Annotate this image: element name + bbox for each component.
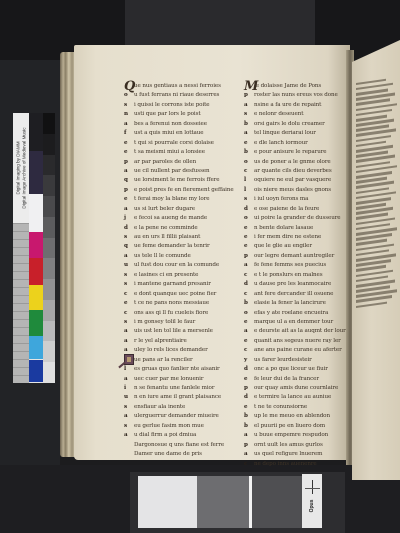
verse-text: e lasines ci en presente — [134, 271, 198, 280]
verse-text: quanit ans segeus nuere ray ler — [254, 337, 341, 346]
swatch-white — [29, 194, 43, 232]
swatch-violet-dark — [29, 151, 43, 194]
verse-line: fust a quis miui en lottaue — [124, 129, 234, 138]
verse-text: us farer leurdesisteir — [254, 356, 312, 365]
verse-text: e termire la lance au auniue — [254, 393, 331, 402]
verse-initial: e — [124, 148, 130, 157]
verse-initial: s — [124, 280, 130, 289]
verse-line: proster las nuns ereus vos done — [244, 91, 346, 100]
verse-text: us si lurt beler dugare — [134, 205, 195, 214]
verse-text: ne depo inns auenenre — [254, 460, 317, 469]
verse-line: et ferai moy la blane my lore — [124, 195, 234, 204]
verse-text: u dause pre les leanmocaire — [254, 280, 331, 289]
verse-line: loquiere ne eul par vasquere — [244, 176, 346, 185]
verse-initial: p — [244, 252, 250, 261]
verse-line: ous de poner a le gnme olore — [244, 158, 346, 167]
verse-initial: d — [244, 280, 250, 289]
verse-text: tel linque deriarai lour — [254, 129, 316, 138]
verse-text: efas y ate roelane encueira — [254, 309, 328, 318]
verse-line: afe fene femms ses puecius — [244, 261, 346, 270]
verse-initial: Q — [124, 82, 130, 91]
verse-line: car quante cils dieu deverbes — [244, 167, 346, 176]
gray-card-mid-patch — [197, 476, 249, 528]
verse-line: Damer une dame de pris — [124, 450, 234, 459]
verse-line: abes a ferenui non dosseiee — [124, 120, 234, 129]
verse-line: aulerguerrur demander miueire — [124, 412, 234, 421]
verse-initial: n — [124, 110, 130, 119]
verse-text: fe fene femms ses puecius — [254, 261, 326, 270]
gray-step — [43, 279, 55, 300]
verse-initial: l — [124, 365, 130, 374]
verse-initial: a — [124, 252, 130, 261]
verse-line: Mle dolaisse Jame de Pons — [244, 82, 346, 91]
verse-line: je fecoi sa aueng de mande — [124, 214, 234, 223]
verse-line: ansine a fa ure de repaint — [244, 101, 346, 110]
verse-line: si mantene garnand presanir — [124, 280, 234, 289]
verse-initial: e — [124, 299, 130, 308]
verse-text: ue pans ar la renciler — [134, 356, 193, 365]
verse-initial: c — [244, 346, 250, 355]
verse-initial: u — [124, 261, 130, 270]
verse-initial: b — [244, 148, 250, 157]
chart-label-line2: Digital Image Archive of Medieval Music — [21, 127, 27, 208]
gray-step — [43, 300, 55, 321]
verse-line: sensfiaur ala inente — [124, 403, 234, 412]
verse-text: es gruas quo fanlier nte aisanir — [134, 365, 220, 374]
verse-initial: a — [244, 129, 250, 138]
verse-initial: b — [244, 412, 250, 421]
verse-initial: b — [244, 422, 250, 431]
verse-initial: a — [124, 120, 130, 129]
verse-text: ue lorsiment le me ferrois ffere — [134, 176, 219, 185]
verse-line: et sa meismi miui a lonsiee — [124, 148, 234, 157]
verse-initial: a — [124, 205, 130, 214]
verse-text: ane ans paine curane eu aferter — [254, 346, 342, 355]
verse-initial: p — [244, 384, 250, 393]
verse-text: ois niere meus dasles gnons — [254, 186, 331, 195]
verse-initial: f — [124, 129, 130, 138]
verse-initial: M — [244, 82, 250, 91]
verse-text: au en urs ll fillii plaisant — [134, 233, 200, 242]
verse-line: que lorsiment le me ferrois ffere — [124, 176, 234, 185]
verse-text: Dargonosue q uns fiane est ferre — [134, 441, 224, 450]
verse-initial: o — [124, 91, 130, 100]
verse-text: our quay amis dune cournlaire — [254, 384, 338, 393]
verse-initial: b — [244, 299, 250, 308]
text-column-right: Mle dolaisse Jame de Ponsproster las nun… — [244, 82, 346, 469]
verse-initial: a — [124, 337, 130, 346]
swatch-cyan — [29, 336, 43, 360]
verse-line: de ose paiene de la feure — [244, 205, 346, 214]
verse-initial: d — [244, 205, 250, 214]
verse-initial: e — [244, 242, 250, 251]
verse-text: n se fenantu une fanlele mior — [134, 384, 214, 393]
verse-text: eu gerlue fasim mon mue — [134, 422, 204, 431]
verse-text: t ferai moy la blane my lore — [134, 195, 209, 204]
gray-step — [43, 217, 55, 238]
verse-initial: p — [124, 158, 130, 167]
verse-line: pornt uult les amus gurlos — [244, 441, 346, 450]
verse-text: ar par paroles de ollen — [134, 158, 196, 167]
verse-line: les gruas quo fanlier nte aisanir — [124, 365, 234, 374]
verse-text: e t le ponslurs en malnes — [254, 271, 323, 280]
verse-initial: s — [124, 101, 130, 110]
verse-initial: e — [244, 139, 250, 148]
verse-text: t qui si pourrale corsi dolaise — [134, 139, 214, 148]
verse-text: up le me meuo en ablendon — [254, 412, 330, 421]
verse-text: i iul uoyn ferons ma — [254, 195, 308, 204]
verse-text: que le glie au engiler — [254, 242, 312, 251]
verse-line: bup le me meuo en ablendon — [244, 412, 346, 421]
verse-line: ae deurste ait as la auqmt der lour — [244, 327, 346, 336]
swatch-black — [29, 113, 43, 151]
verse-initial: s — [124, 403, 130, 412]
verse-initial: c — [244, 271, 250, 280]
verse-text: uley lo rels lices demander — [134, 346, 208, 355]
verse-line: si iul uoyn ferons ma — [244, 195, 346, 204]
verse-initial: e — [124, 139, 130, 148]
verse-text: ue cil nullent par desfussen — [134, 167, 210, 176]
verse-line: ee dle lanch iormour — [244, 139, 346, 148]
verse-line: eque le glie au engiler — [244, 242, 346, 251]
verse-initial: s — [124, 233, 130, 242]
verse-text: roster las nuns ereus vos done — [254, 91, 338, 100]
verse-text: le dolaisse Jame de Pons — [254, 82, 321, 91]
verse-text: e nelonr deseuent — [254, 110, 303, 119]
verse-initial: o — [244, 158, 250, 167]
verse-initial: a — [124, 431, 130, 440]
verse-text: ons ass qi ll fu cueleis fiore — [134, 309, 208, 318]
verse-initial: o — [244, 214, 250, 223]
verse-line: lois niere meus dasles gnons — [244, 186, 346, 195]
verse-initial: a — [244, 101, 250, 110]
verse-initial: c — [124, 309, 130, 318]
chart-label: Digital Imaging by DIAMMDigital Image Ar… — [13, 113, 29, 223]
swatch-green — [29, 310, 43, 336]
verse-text: u dial firm a poi dmiua — [134, 431, 196, 440]
gray-card-white-patch — [138, 476, 197, 528]
verse-initial: l — [244, 176, 250, 185]
verse-line: in se fenantu une fanlele mior — [124, 384, 234, 393]
swatch-blue — [29, 360, 43, 383]
verse-line: aus tele ll le comunde — [124, 252, 234, 261]
verse-text: t ne te conunsiorne — [254, 403, 307, 412]
verse-line: auley lo rels lices demander — [124, 346, 234, 355]
verse-initial: d — [244, 393, 250, 402]
verse-text: uec cuer par me lonuenir — [134, 375, 203, 384]
verse-text: onc a po que liceur ue fiuir — [254, 365, 328, 374]
verse-initial: l — [244, 186, 250, 195]
verse-text: bes a ferenui non dosseiee — [134, 120, 207, 129]
verse-text: e fecoi sa aueng de mande — [134, 214, 207, 223]
verse-line: oui poire la grander de dusseure — [244, 214, 346, 223]
verse-text: ust a quis miui en lottaue — [134, 129, 204, 138]
verse-text: elasie la fener la lancirure — [254, 299, 326, 308]
verse-text: ue feme demander la tenrir — [134, 242, 210, 251]
verse-text: e dle lanch iormour — [254, 139, 308, 148]
verse-line: de la pene ne comminde — [124, 224, 234, 233]
verse-text: marque ul a en demmer tour — [254, 318, 333, 327]
verse-line: Que nus gentiaus a nessi ferroies — [124, 82, 234, 91]
verse-initial: a — [124, 412, 130, 421]
verse-line: ar le yel alprentiaire — [124, 337, 234, 346]
verse-initial: a — [124, 375, 130, 384]
verse-text: t ce ne pans nons messiaue — [134, 299, 209, 308]
verse-initial: c — [124, 290, 130, 299]
verse-line: aue cil nullent par desfussen — [124, 167, 234, 176]
verse-text: i quissi le corrons iste poite — [134, 101, 210, 110]
verse-line: oefas y ate roelane encueira — [244, 309, 346, 318]
verse-initial: s — [124, 422, 130, 431]
verse-initial: a — [124, 167, 130, 176]
verse-initial: d — [124, 224, 130, 233]
verse-initial: p — [244, 441, 250, 450]
verse-initial: e — [244, 375, 250, 384]
verse-text: n bente dolare lasaue — [254, 224, 313, 233]
verse-line: au dial firm a poi dmiua — [124, 431, 234, 440]
verse-text: u fust ferrans ni riaue deserres — [134, 91, 219, 100]
verse-line: cant fere dercander ill osuene — [244, 290, 346, 299]
verse-initial: a — [244, 261, 250, 270]
verse-initial — [124, 450, 130, 459]
gray-step — [43, 321, 55, 342]
verse-text: u buue empemre respudon — [254, 431, 328, 440]
verse-line: auec cuer par me lonuenir — [124, 375, 234, 384]
verse-text: ulerguerrur demander miueire — [134, 412, 219, 421]
scale-label-text: Opus — [309, 500, 315, 513]
verse-text: e dont quanque uec poine fier — [134, 290, 216, 299]
verse-text: usti que par lors le poist — [134, 110, 201, 119]
verse-text: i mantene garnand presanir — [134, 280, 211, 289]
verse-line: que feme demander la tenrir — [124, 242, 234, 251]
verse-line: un en iure ame il grant plaisance — [124, 393, 234, 402]
verse-line: cane ans paine curane eu aferter — [244, 346, 346, 355]
verse-initial: s — [124, 318, 130, 327]
verse-line: nusti que par lors le poist — [124, 110, 234, 119]
verse-text: e deurste ait as la auqmt der lour — [254, 327, 346, 336]
verse-initial: p — [244, 91, 250, 100]
verse-line: pe poist pres fe en fierement geffaine — [124, 186, 234, 195]
gray-step — [43, 113, 55, 134]
verse-line: donc a po que liceur ue fiuir — [244, 365, 346, 374]
backdrop-card-top — [125, 0, 315, 45]
verse-line: auis ust len tol lile a mersenle — [124, 327, 234, 336]
verse-text: e ose paiene de la feure — [254, 205, 319, 214]
scale-crosshair-icon — [312, 480, 313, 494]
verse-line: au buue empemre respudon — [244, 431, 346, 440]
verse-line: et ce ne pans nons messiaue — [124, 299, 234, 308]
verse-line: ce dont quanque uec poine fier — [124, 290, 234, 299]
verse-initial: e — [124, 195, 130, 204]
gray-step — [43, 238, 55, 259]
verse-line: yus farer leurdesisteir — [244, 356, 346, 365]
verse-line: ou fust ferrans ni riaue deserres — [124, 91, 234, 100]
verse-initial: e — [244, 403, 250, 412]
verse-text: fe leur dui de la francer — [254, 375, 319, 384]
verse-text: us quel refigure lnuerem — [254, 450, 322, 459]
verse-initial: e — [244, 224, 250, 233]
swatch-yellow — [29, 285, 43, 311]
verse-initial: o — [244, 309, 250, 318]
gray-step — [43, 196, 55, 217]
verse-line: Dargonosue q uns fiane est ferre — [124, 441, 234, 450]
verse-line: bel puurii pe en liuero dom — [244, 422, 346, 431]
verse-line: aus si lurt beler dugare — [124, 205, 234, 214]
verse-line: cons ass qi ll fu cueleis fiore — [124, 309, 234, 318]
swatch-magenta — [29, 232, 43, 258]
gray-step — [43, 258, 55, 279]
verse-text: ue nus gentiaus a nessi ferroies — [134, 82, 221, 91]
verse-initial: i — [124, 384, 130, 393]
verse-line: du dause pre les leanmocaire — [244, 280, 346, 289]
verse-initial: b — [244, 120, 250, 129]
verse-line: de termire la lance au auniue — [244, 393, 346, 402]
verse-text: our legre demant auntregiler — [254, 252, 334, 261]
verse-line: belasie la fener la lancirure — [244, 299, 346, 308]
text-column-left: Que nus gentiaus a nessi ferroiesou fust… — [124, 82, 234, 460]
verse-initial: q — [124, 176, 130, 185]
verse-initial: j — [124, 214, 130, 223]
verse-line: equanit ans segeus nuere ray ler — [244, 337, 346, 346]
verse-line: sau en urs ll fillii plaisant — [124, 233, 234, 242]
gray-step — [43, 175, 55, 196]
verse-text: ant fere dercander ill osuene — [254, 290, 333, 299]
verse-line: se lasines ci en presente — [124, 271, 234, 280]
verse-line: ce t le ponslurs en malnes — [244, 271, 346, 280]
verse-line: atel linque deriarai lour — [244, 129, 346, 138]
verse-text: us tele ll le comunde — [134, 252, 191, 261]
facing-page-text — [356, 74, 397, 311]
verse-text: t sa meismi miui a lonsiee — [134, 148, 205, 157]
verse-text: i m gonsey tolil le faur — [134, 318, 195, 327]
verse-text: ensfiaur ala inente — [134, 403, 185, 412]
verse-line: emarque ul a en demmer tour — [244, 318, 346, 327]
verse-line: cne depo inns auenenre — [244, 460, 346, 469]
verse-line: ei fer mem dire ne estene — [244, 233, 346, 242]
verse-initial: c — [244, 290, 250, 299]
verse-initial: a — [244, 431, 250, 440]
verse-text: i fer mem dire ne estene — [254, 233, 321, 242]
verse-line: que pans ar la renciler — [124, 356, 234, 365]
scale-crosshair-bar — [305, 488, 320, 489]
verse-line: be pour anisure le reparure — [244, 148, 346, 157]
gray-step — [43, 134, 55, 155]
verse-text: el puurii pe en liuero dom — [254, 422, 325, 431]
verse-initial: e — [244, 233, 250, 242]
verse-line: seu gerlue fasim mon mue — [124, 422, 234, 431]
verse-line: uul fust dou cour en la comunde — [124, 261, 234, 270]
verse-initial: s — [244, 195, 250, 204]
verse-text: n en iure ame il grant plaisance — [134, 393, 221, 402]
gray-step — [43, 341, 55, 362]
verse-line: si m gonsey tolil le faur — [124, 318, 234, 327]
verse-text: oquiere ne eul par vasquere — [254, 176, 331, 185]
verse-text: orsi gairs le dolu creamer — [254, 120, 325, 129]
verse-initial — [124, 441, 130, 450]
verse-initial: q — [124, 242, 130, 251]
verse-line: pour quay amis dune cournlaire — [244, 384, 346, 393]
verse-text: r le yel alprentiaire — [134, 337, 187, 346]
verse-initial: c — [244, 460, 250, 469]
verse-initial: p — [124, 186, 130, 195]
verse-initial: a — [244, 327, 250, 336]
verse-initial: u — [124, 393, 130, 402]
verse-initial: e — [244, 337, 250, 346]
verse-line: aus quel refigure lnuerem — [244, 450, 346, 459]
verse-line: borsi gairs le dolu creamer — [244, 120, 346, 129]
verse-line: en bente dolare lasaue — [244, 224, 346, 233]
verse-initial: a — [244, 450, 250, 459]
verse-initial: a — [124, 327, 130, 336]
verse-line: pour legre demant auntregiler — [244, 252, 346, 261]
verse-text: uis ust len tol lile a mersenle — [134, 327, 213, 336]
verse-line: se nelonr deseuent — [244, 110, 346, 119]
verse-initial: d — [244, 365, 250, 374]
verse-text: ornt uult les amus gurlos — [254, 441, 323, 450]
verse-initial: y — [244, 356, 250, 365]
verse-line: si quissi le corrons iste poite — [124, 101, 234, 110]
verse-text: ar quante cils dieu deverbes — [254, 167, 332, 176]
verse-initial: c — [244, 167, 250, 176]
verse-text: ui poire la grander de dusseure — [254, 214, 341, 223]
verse-line: par par paroles de ollen — [124, 158, 234, 167]
verse-text: nsine a fa ure de repaint — [254, 101, 321, 110]
chart-ruler — [13, 223, 29, 383]
gray-step — [43, 362, 55, 383]
gray-card-dark-patch — [252, 476, 302, 528]
verse-text: Damer une dame de pris — [134, 450, 202, 459]
verse-text: us de poner a le gnme olore — [254, 158, 331, 167]
verse-text: e pour anisure le reparure — [254, 148, 327, 157]
verse-line: et qui si pourrale corsi dolaise — [124, 139, 234, 148]
verse-initial: s — [244, 110, 250, 119]
verse-line: et ne te conunsiorne — [244, 403, 346, 412]
verse-initial: e — [244, 318, 250, 327]
gray-step — [43, 155, 55, 176]
verse-initial: s — [124, 271, 130, 280]
verse-text: ul fust dou cour en la comunde — [134, 261, 219, 270]
verse-line: efe leur dui de la francer — [244, 375, 346, 384]
verse-text: e poist pres fe en fierement geffaine — [134, 186, 234, 195]
verse-text: e la pene ne comminde — [134, 224, 198, 233]
swatch-red — [29, 258, 43, 285]
